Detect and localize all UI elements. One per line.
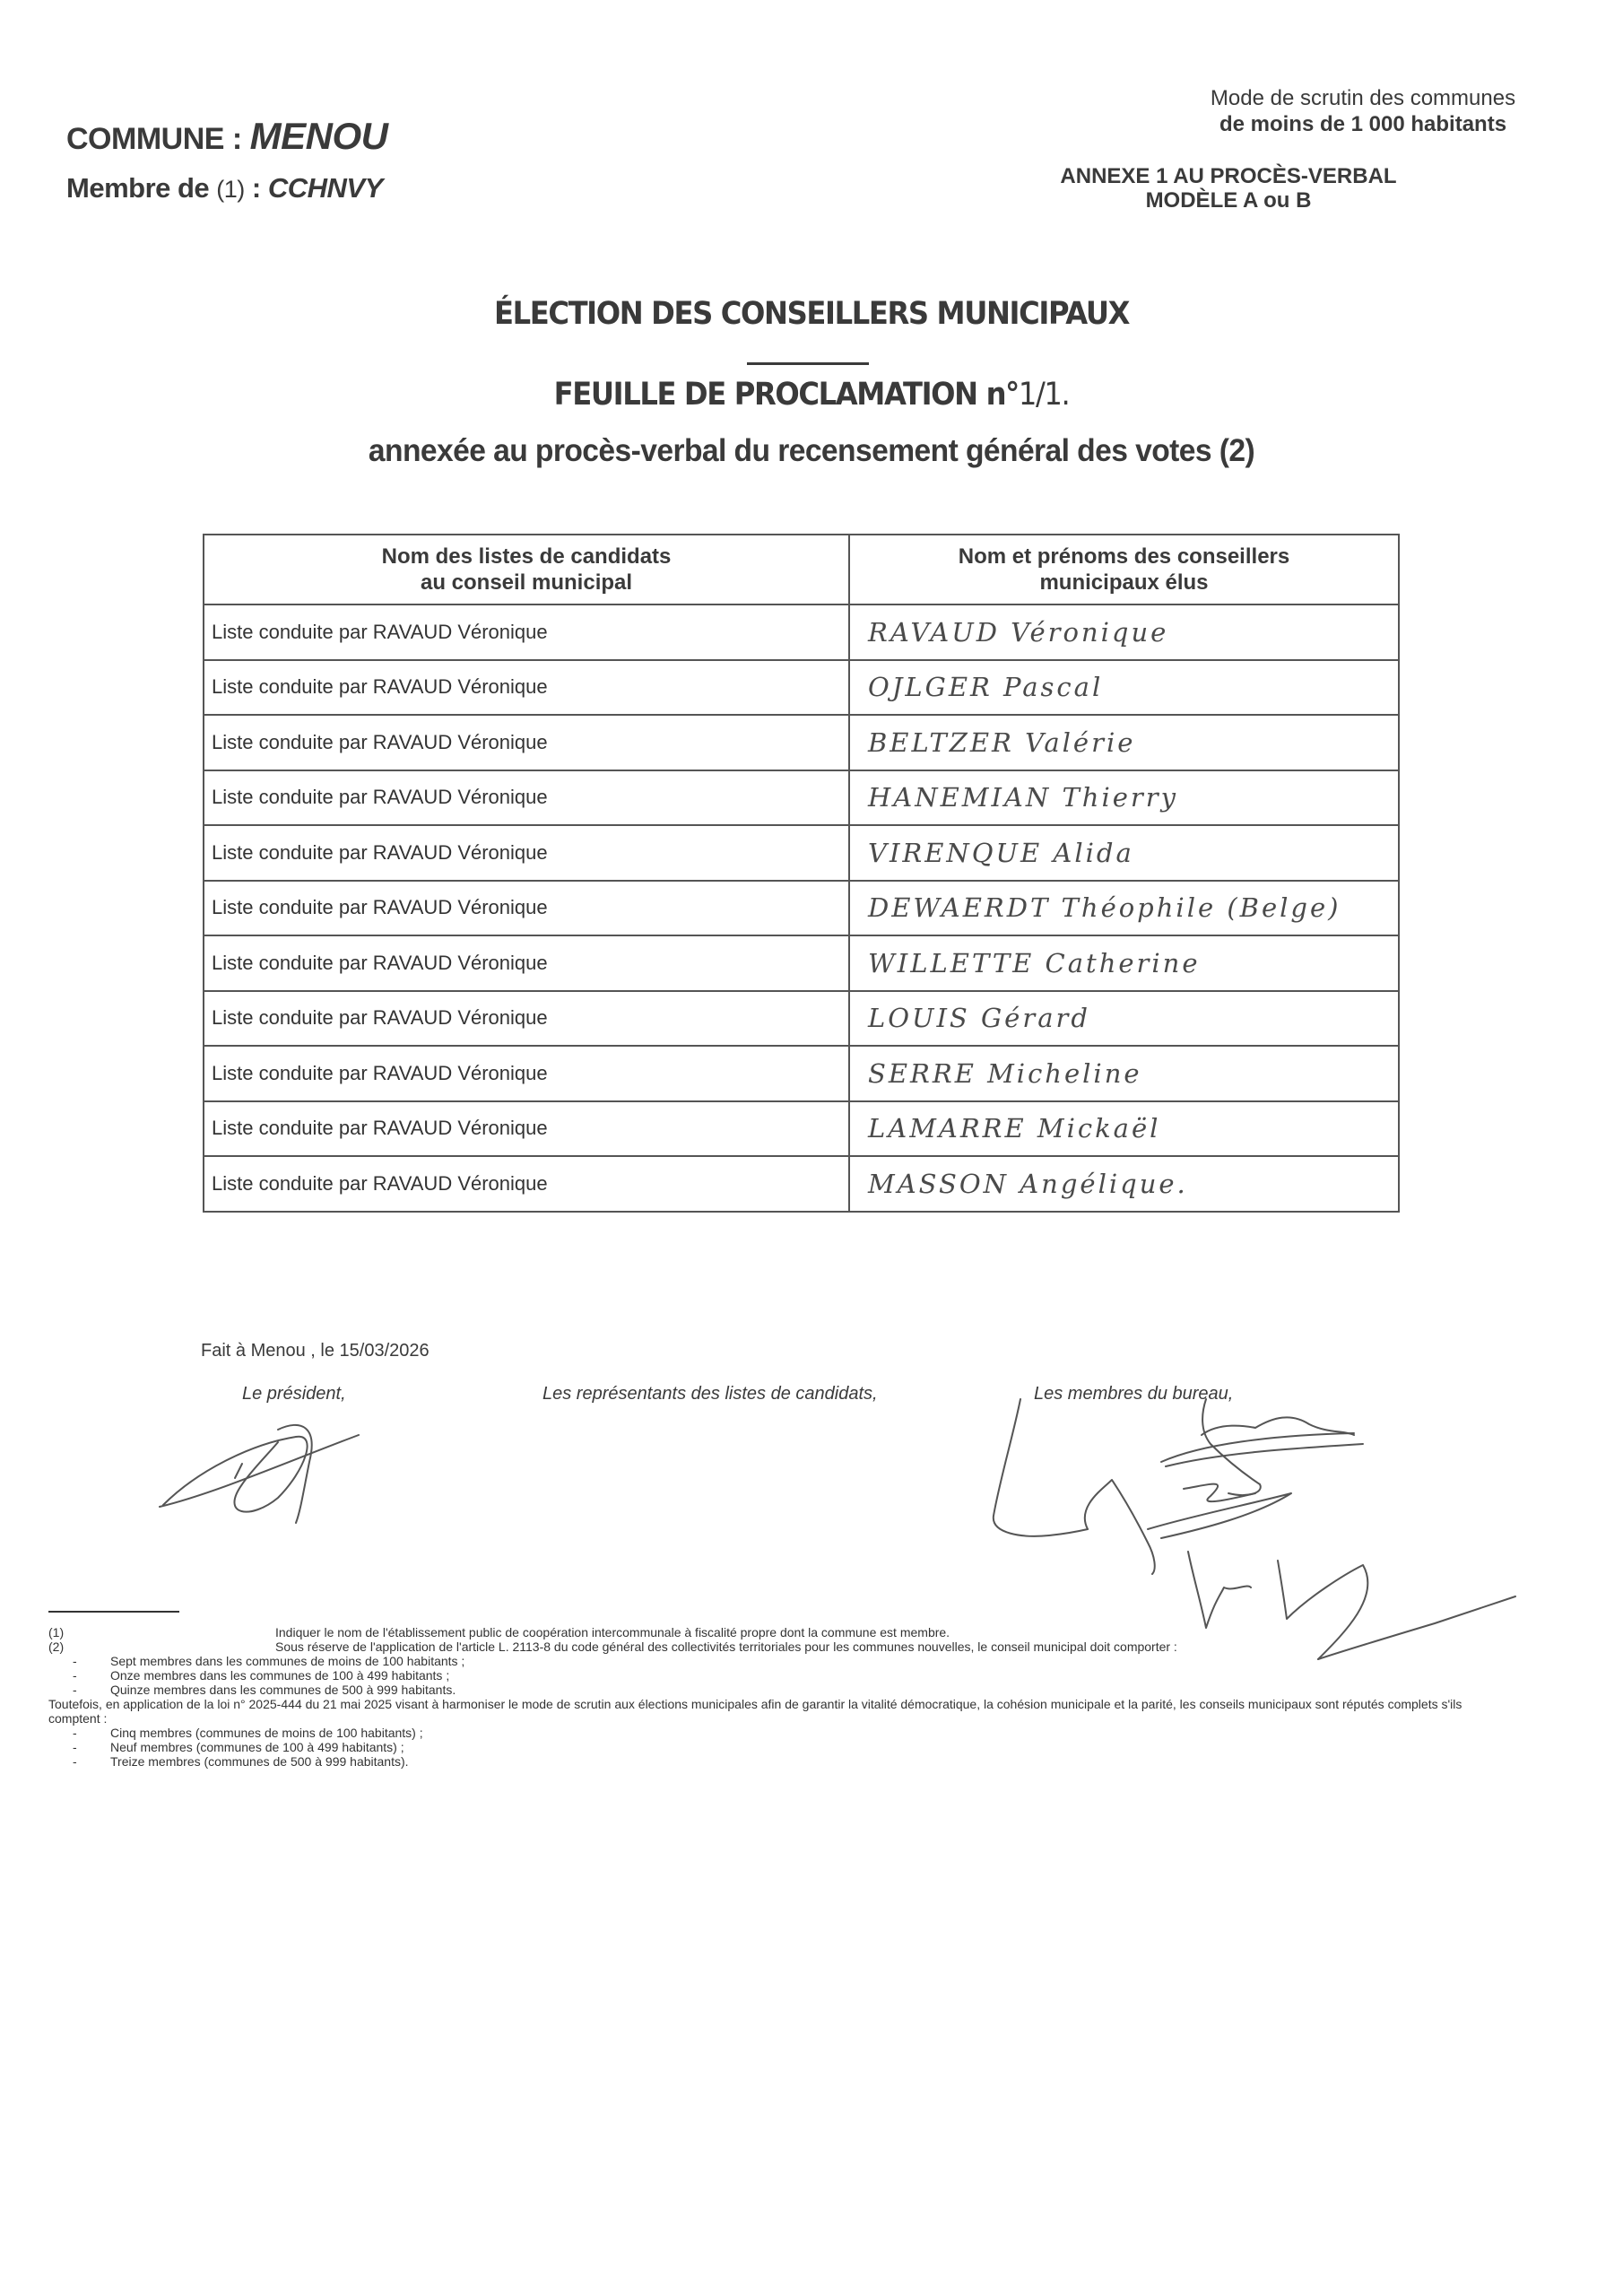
candidate-list-cell: Liste conduite par RAVAUD Véronique (204, 935, 849, 991)
list-item: -Quinze membres dans les communes de 500… (48, 1683, 1591, 1697)
proclamation-title: FEUILLE DE PROCLAMATION n°1/1. (65, 377, 1558, 413)
bullet-dash: - (73, 1683, 77, 1697)
candidate-list-cell: Liste conduite par RAVAUD Véronique (204, 991, 849, 1047)
footnote-toutefois: Toutefois, en application de la loi n° 2… (48, 1697, 1510, 1726)
list-item: -Neuf membres (communes de 100 à 499 hab… (48, 1740, 1591, 1754)
scrutin-mode: Mode de scrutin des communes de moins de… (1130, 85, 1596, 137)
bullet-dash: - (73, 1654, 77, 1668)
footnote-2: (2) Sous réserve de l'application de l'a… (48, 1639, 1591, 1654)
footnotes: (1) Indiquer le nom de l'établissement p… (48, 1625, 1591, 1769)
list-item: -Sept membres dans les communes de moins… (48, 1654, 1591, 1668)
candidate-list-cell: Liste conduite par RAVAUD Véronique (204, 715, 849, 770)
mode-line-1: Mode de scrutin des communes (1130, 85, 1596, 111)
candidate-list-cell: Liste conduite par RAVAUD Véronique (204, 1156, 849, 1212)
table-row: Liste conduite par RAVAUD VéroniqueBELTZ… (204, 715, 1399, 770)
elected-councillors-table: Nom des listes de candidats au conseil m… (203, 534, 1400, 1213)
proclamation-label: FEUILLE DE PROCLAMATION n° (554, 377, 1019, 413)
president-signature-icon (143, 1408, 377, 1552)
column-header-elected: Nom et prénoms des conseillers municipau… (849, 535, 1399, 604)
elected-councillor-cell: WILLETTE Catherine (849, 935, 1399, 991)
bullet-dash: - (73, 1726, 77, 1740)
elected-councillor-cell: HANEMIAN Thierry (849, 770, 1399, 826)
mode-line-2: de moins de 1 000 habitants (1130, 111, 1596, 137)
footnote-1: (1) Indiquer le nom de l'établissement p… (48, 1625, 1591, 1639)
elected-councillor-cell: MASSON Angélique. (849, 1156, 1399, 1212)
membre-label: Membre de (66, 172, 216, 204)
elected-councillor-cell: LAMARRE Mickaël (849, 1101, 1399, 1157)
membre-value: CCHNVY (268, 172, 383, 204)
bullet-dash: - (73, 1740, 77, 1754)
elected-councillor-cell: BELTZER Valérie (849, 715, 1399, 770)
table-row: Liste conduite par RAVAUD VéroniqueOJLGE… (204, 660, 1399, 716)
proclamation-number: 1/1. (1019, 377, 1070, 413)
table-row: Liste conduite par RAVAUD VéroniqueRAVAU… (204, 604, 1399, 660)
table-row: Liste conduite par RAVAUD VéroniqueLAMAR… (204, 1101, 1399, 1157)
candidate-list-cell: Liste conduite par RAVAUD Véronique (204, 770, 849, 826)
membre-separator: : (245, 172, 268, 204)
representatives-label: Les représentants des listes de candidat… (542, 1384, 878, 1405)
title-divider (747, 362, 869, 365)
footnote-divider (48, 1611, 179, 1613)
commune-value: MENOU (250, 115, 388, 157)
table-row: Liste conduite par RAVAUD VéroniqueSERRE… (204, 1046, 1399, 1101)
document-subtitle: annexée au procès-verbal du recensement … (32, 433, 1591, 469)
table-row: Liste conduite par RAVAUD VéroniqueHANEM… (204, 770, 1399, 826)
list-item: -Treize membres (communes de 500 à 999 h… (48, 1754, 1591, 1769)
candidate-list-cell: Liste conduite par RAVAUD Véronique (204, 660, 849, 716)
elected-councillor-cell: RAVAUD Véronique (849, 604, 1399, 660)
commune-label: COMMUNE : (66, 122, 250, 156)
elected-councillor-cell: DEWAERDT Théophile (Belge) (849, 881, 1399, 936)
member-count-list-legal: -Sept membres dans les communes de moins… (48, 1654, 1591, 1697)
elected-councillor-cell: VIRENQUE Alida (849, 825, 1399, 881)
candidate-list-cell: Liste conduite par RAVAUD Véronique (204, 604, 849, 660)
commune-line: COMMUNE : MENOU (66, 115, 388, 158)
list-item: -Onze membres dans les communes de 100 à… (48, 1668, 1591, 1683)
elected-councillor-cell: OJLGER Pascal (849, 660, 1399, 716)
elected-councillor-cell: SERRE Micheline (849, 1046, 1399, 1101)
candidate-list-cell: Liste conduite par RAVAUD Véronique (204, 1101, 849, 1157)
list-item: -Cinq membres (communes de moins de 100 … (48, 1726, 1591, 1740)
annexe-line-1: ANNEXE 1 AU PROCÈS-VERBAL (1004, 164, 1453, 188)
president-label: Le président, (242, 1384, 346, 1405)
place-and-date: Fait à Menou , le 15/03/2026 (201, 1341, 430, 1361)
elected-councillor-cell: LOUIS Gérard (849, 991, 1399, 1047)
candidate-list-cell: Liste conduite par RAVAUD Véronique (204, 881, 849, 936)
candidate-list-cell: Liste conduite par RAVAUD Véronique (204, 825, 849, 881)
bullet-dash: - (73, 1668, 77, 1683)
document-title: ÉLECTION DES CONSEILLERS MUNICIPAUX (65, 296, 1558, 332)
bullet-dash: - (73, 1754, 77, 1769)
table-row: Liste conduite par RAVAUD VéroniqueMASSO… (204, 1156, 1399, 1212)
column-header-lists: Nom des listes de candidats au conseil m… (204, 535, 849, 604)
annexe-line-2: MODÈLE A ou B (1004, 188, 1453, 213)
table-row: Liste conduite par RAVAUD VéroniqueVIREN… (204, 825, 1399, 881)
table-header-row: Nom des listes de candidats au conseil m… (204, 535, 1399, 604)
candidate-list-cell: Liste conduite par RAVAUD Véronique (204, 1046, 849, 1101)
footnote-ref-1: (1) (216, 176, 245, 203)
table-row: Liste conduite par RAVAUD VéroniqueLOUIS… (204, 991, 1399, 1047)
member-count-list-reduced: -Cinq membres (communes de moins de 100 … (48, 1726, 1591, 1769)
table-row: Liste conduite par RAVAUD VéroniqueWILLE… (204, 935, 1399, 991)
membre-line: Membre de (1) : CCHNVY (66, 172, 383, 204)
table-row: Liste conduite par RAVAUD VéroniqueDEWAE… (204, 881, 1399, 936)
annexe-reference: ANNEXE 1 AU PROCÈS-VERBAL MODÈLE A ou B (1004, 164, 1453, 213)
